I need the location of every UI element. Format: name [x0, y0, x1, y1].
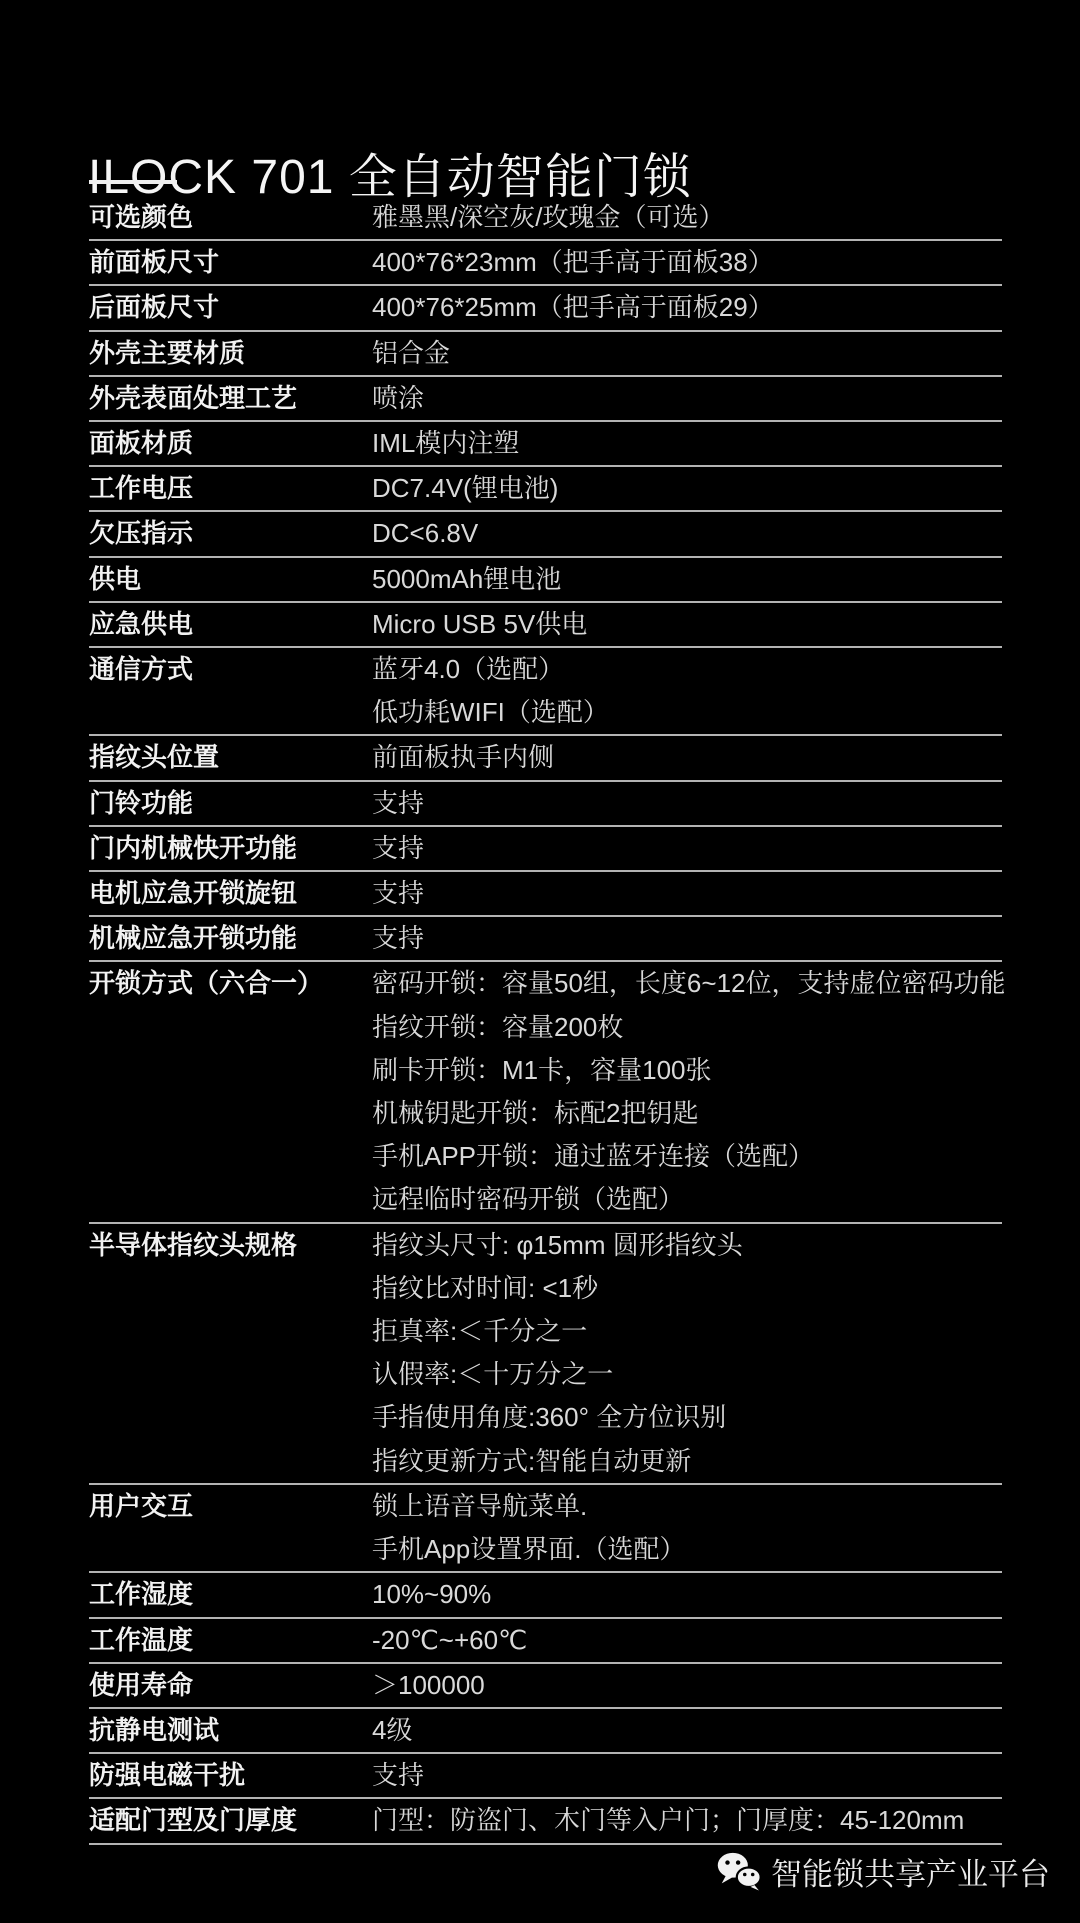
spec-label: 适配门型及门厚度 — [89, 1799, 372, 1842]
spec-label: 外壳表面处理工艺 — [89, 377, 372, 420]
spec-value: DC7.4V(锂电池) — [372, 467, 1002, 510]
spec-label: 用户交互 — [89, 1485, 372, 1528]
spec-values: IML模内注塑 — [372, 422, 1002, 465]
spec-row: 抗静电测试 4级 — [89, 1709, 1002, 1754]
spec-label: 半导体指纹头规格 — [89, 1224, 372, 1267]
spec-value: 密码开锁：容量50组，长度6~12位，支持虚位密码功能 — [372, 962, 1002, 1005]
spec-values: 4级 — [372, 1709, 1002, 1752]
spec-row: 半导体指纹头规格 指纹头尺寸: φ15mm 圆形指纹头指纹比对时间: <1秒拒真… — [89, 1224, 1002, 1485]
spec-label: 门内机械快开功能 — [89, 827, 372, 870]
spec-value: 铝合金 — [372, 332, 1002, 375]
footer: 智能锁共享产业平台 — [716, 1849, 1050, 1893]
spec-label: 防强电磁干扰 — [89, 1754, 372, 1797]
wechat-icon — [716, 1851, 762, 1891]
spec-label: 应急供电 — [89, 603, 372, 646]
spec-row: 工作电压 DC7.4V(锂电池) — [89, 467, 1002, 512]
spec-values: 蓝牙4.0（选配）低功耗WIFI（选配） — [372, 648, 1002, 734]
spec-row: 外壳主要材质 铝合金 — [89, 332, 1002, 377]
spec-value: Micro USB 5V供电 — [372, 603, 1002, 646]
spec-label: 使用寿命 — [89, 1664, 372, 1707]
spec-values: 支持 — [372, 782, 1002, 825]
spec-row: 工作湿度 10%~90% — [89, 1573, 1002, 1618]
spec-row: 电机应急开锁旋钮 支持 — [89, 872, 1002, 917]
spec-row: 面板材质 IML模内注塑 — [89, 422, 1002, 467]
spec-value: 4级 — [372, 1709, 1002, 1752]
spec-row: 使用寿命 ＞100000 — [89, 1664, 1002, 1709]
spec-values: 喷涂 — [372, 377, 1002, 420]
spec-label: 前面板尺寸 — [89, 241, 372, 284]
spec-value: 支持 — [372, 917, 1002, 960]
spec-values: 400*76*25mm（把手高于面板29） — [372, 286, 1002, 329]
spec-value: 喷涂 — [372, 377, 1002, 420]
spec-row: 防强电磁干扰 支持 — [89, 1754, 1002, 1799]
spec-row: 可选颜色 雅墨黑/深空灰/玫瑰金（可选） — [89, 196, 1002, 241]
spec-value: 雅墨黑/深空灰/玫瑰金（可选） — [372, 196, 1002, 239]
spec-row: 门内机械快开功能 支持 — [89, 827, 1002, 872]
spec-values: 支持 — [372, 917, 1002, 960]
spec-value: 门型：防盗门、木门等入户门；门厚度：45-120mm — [372, 1799, 1002, 1842]
spec-value: 机械钥匙开锁：标配2把钥匙 — [372, 1092, 1002, 1135]
spec-value: DC<6.8V — [372, 512, 1002, 555]
spec-label: 门铃功能 — [89, 782, 372, 825]
spec-value: 指纹更新方式:智能自动更新 — [372, 1440, 1002, 1483]
spec-row: 应急供电 Micro USB 5V供电 — [89, 603, 1002, 648]
spec-label: 抗静电测试 — [89, 1709, 372, 1752]
spec-label: 工作湿度 — [89, 1573, 372, 1616]
spec-values: 密码开锁：容量50组，长度6~12位，支持虚位密码功能指纹开锁：容量200枚刷卡… — [372, 962, 1002, 1221]
footer-brand: 智能锁共享产业平台 — [771, 1849, 1050, 1894]
spec-value: 拒真率:＜千分之一 — [372, 1310, 1002, 1353]
spec-row: 开锁方式（六合一） 密码开锁：容量50组，长度6~12位，支持虚位密码功能指纹开… — [89, 962, 1002, 1223]
spec-value: 支持 — [372, 827, 1002, 870]
spec-value: 400*76*25mm（把手高于面板29） — [372, 286, 1002, 329]
spec-label: 开锁方式（六合一） — [89, 962, 372, 1005]
spec-value: 认假率:＜十万分之一 — [372, 1353, 1002, 1396]
spec-value: 支持 — [372, 872, 1002, 915]
spec-value: 指纹头尺寸: φ15mm 圆形指纹头 — [372, 1224, 1002, 1267]
spec-row: 欠压指示 DC<6.8V — [89, 512, 1002, 557]
spec-values: ＞100000 — [372, 1664, 1002, 1707]
spec-value: 远程临时密码开锁（选配） — [372, 1178, 1002, 1221]
spec-values: 前面板执手内侧 — [372, 736, 1002, 779]
spec-value: 支持 — [372, 1754, 1002, 1797]
spec-value: 10%~90% — [372, 1573, 1002, 1616]
spec-row: 指纹头位置 前面板执手内侧 — [89, 736, 1002, 781]
spec-value: 手指使用角度:360° 全方位识别 — [372, 1396, 1002, 1439]
spec-label: 欠压指示 — [89, 512, 372, 555]
spec-row: 适配门型及门厚度 门型：防盗门、木门等入户门；门厚度：45-120mm — [89, 1799, 1002, 1844]
spec-row: 后面板尺寸 400*76*25mm（把手高于面板29） — [89, 286, 1002, 331]
spec-values: 400*76*23mm（把手高于面板38） — [372, 241, 1002, 284]
spec-values: 支持 — [372, 1754, 1002, 1797]
spec-value: 手机App设置界面.（选配） — [372, 1528, 1002, 1571]
spec-value: ＞100000 — [372, 1664, 1002, 1707]
spec-label: 电机应急开锁旋钮 — [89, 872, 372, 915]
spec-value: 低功耗WIFI（选配） — [372, 691, 1002, 734]
spec-value: 锁上语音导航菜单. — [372, 1485, 1002, 1528]
spec-table: 可选颜色 雅墨黑/深空灰/玫瑰金（可选） 前面板尺寸 400*76*23mm（把… — [89, 196, 1002, 1845]
spec-label: 面板材质 — [89, 422, 372, 465]
spec-values: Micro USB 5V供电 — [372, 603, 1002, 646]
spec-label: 可选颜色 — [89, 196, 372, 239]
spec-label: 后面板尺寸 — [89, 286, 372, 329]
spec-value: 前面板执手内侧 — [372, 736, 1002, 779]
spec-values: 铝合金 — [372, 332, 1002, 375]
spec-values: 支持 — [372, 827, 1002, 870]
spec-values: DC7.4V(锂电池) — [372, 467, 1002, 510]
spec-row: 用户交互 锁上语音导航菜单.手机App设置界面.（选配） — [89, 1485, 1002, 1573]
spec-value: 指纹开锁：容量200枚 — [372, 1006, 1002, 1049]
spec-value: 蓝牙4.0（选配） — [372, 648, 1002, 691]
spec-label: 供电 — [89, 558, 372, 601]
spec-row: 前面板尺寸 400*76*23mm（把手高于面板38） — [89, 241, 1002, 286]
spec-label: 外壳主要材质 — [89, 332, 372, 375]
spec-value: -20℃~+60℃ — [372, 1619, 1002, 1662]
spec-values: 锁上语音导航菜单.手机App设置界面.（选配） — [372, 1485, 1002, 1571]
spec-sheet-page: ILOCK 701 全自动智能门锁 可选颜色 雅墨黑/深空灰/玫瑰金（可选） 前… — [0, 0, 1080, 1923]
spec-row: 供电 5000mAh锂电池 — [89, 558, 1002, 603]
spec-row: 门铃功能 支持 — [89, 782, 1002, 827]
spec-value: IML模内注塑 — [372, 422, 1002, 465]
spec-row: 通信方式 蓝牙4.0（选配）低功耗WIFI（选配） — [89, 648, 1002, 736]
spec-value: 手机APP开锁：通过蓝牙连接（选配） — [372, 1135, 1002, 1178]
spec-values: 雅墨黑/深空灰/玫瑰金（可选） — [372, 196, 1002, 239]
spec-label: 机械应急开锁功能 — [89, 917, 372, 960]
spec-values: 指纹头尺寸: φ15mm 圆形指纹头指纹比对时间: <1秒拒真率:＜千分之一认假… — [372, 1224, 1002, 1483]
spec-value: 支持 — [372, 782, 1002, 825]
spec-value: 刷卡开锁：M1卡，容量100张 — [372, 1049, 1002, 1092]
spec-value: 400*76*23mm（把手高于面板38） — [372, 241, 1002, 284]
spec-values: 支持 — [372, 872, 1002, 915]
spec-label: 工作温度 — [89, 1619, 372, 1662]
spec-value: 5000mAh锂电池 — [372, 558, 1002, 601]
spec-row: 机械应急开锁功能 支持 — [89, 917, 1002, 962]
spec-values: -20℃~+60℃ — [372, 1619, 1002, 1662]
title-underline — [89, 180, 177, 184]
spec-values: DC<6.8V — [372, 512, 1002, 555]
spec-label: 通信方式 — [89, 648, 372, 691]
spec-value: 指纹比对时间: <1秒 — [372, 1267, 1002, 1310]
spec-values: 5000mAh锂电池 — [372, 558, 1002, 601]
spec-values: 10%~90% — [372, 1573, 1002, 1616]
spec-row: 工作温度 -20℃~+60℃ — [89, 1619, 1002, 1664]
spec-values: 门型：防盗门、木门等入户门；门厚度：45-120mm — [372, 1799, 1002, 1842]
spec-label: 指纹头位置 — [89, 736, 372, 779]
spec-row: 外壳表面处理工艺 喷涂 — [89, 377, 1002, 422]
spec-label: 工作电压 — [89, 467, 372, 510]
